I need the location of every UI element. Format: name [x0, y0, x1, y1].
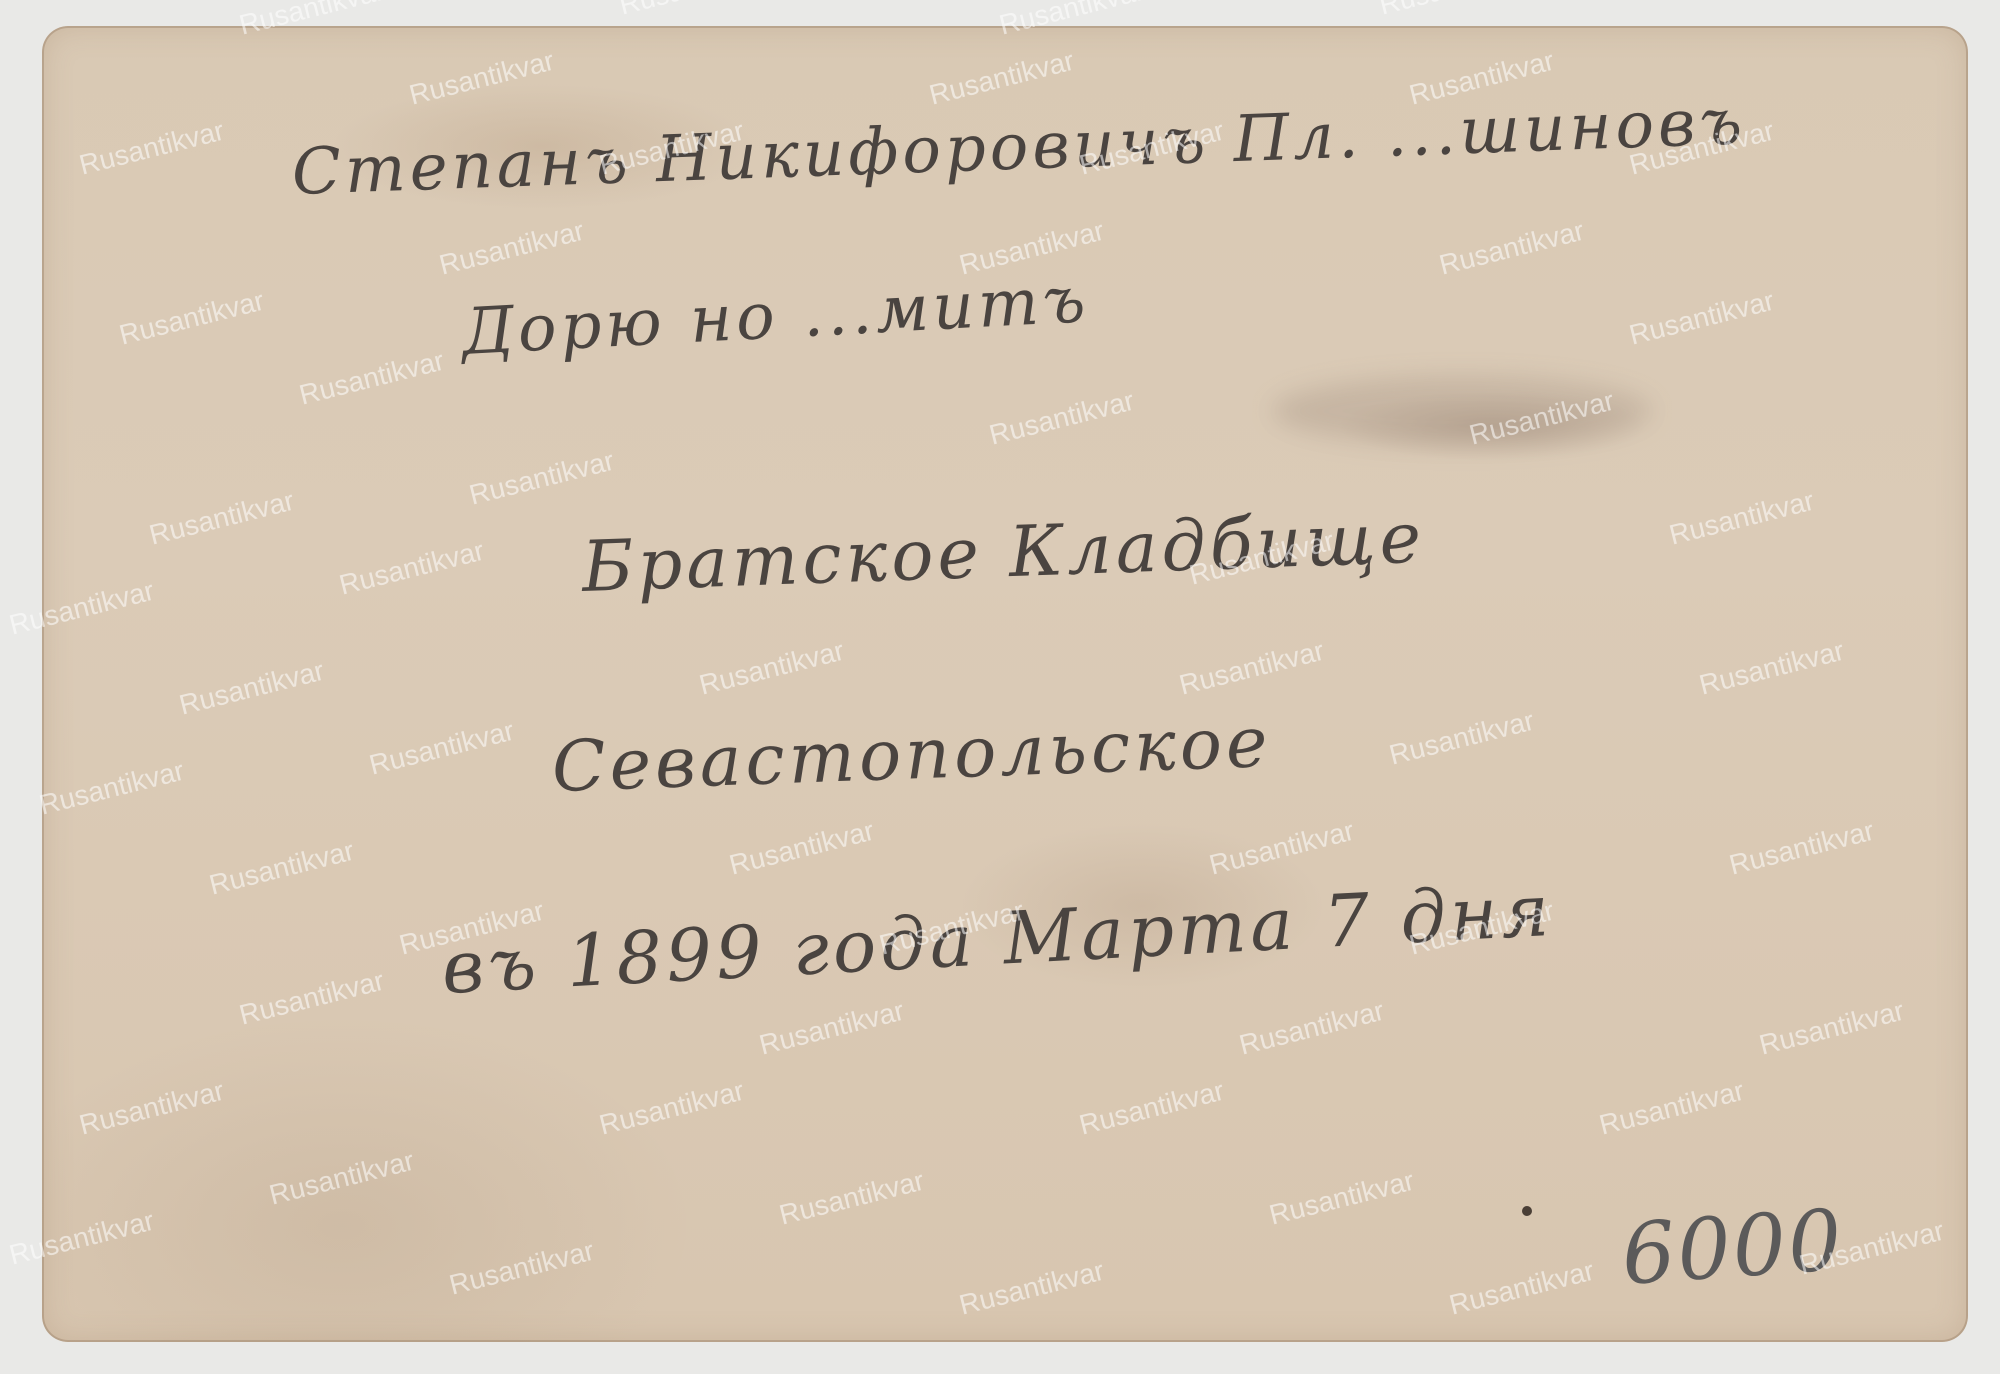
watermark: Rusantikvar [616, 0, 767, 22]
inscription-line-4: Севастопольское [551, 701, 1273, 808]
watermark: Rusantikvar [1376, 0, 1527, 22]
inscription-line-1: Степанъ Никифоровичъ Пл. ...шиновъ [291, 85, 1747, 210]
pencil-price: 6000 [1619, 1191, 1847, 1304]
stain [1272, 376, 1652, 446]
inscription-line-3: Братское Кладбище [581, 497, 1427, 608]
ink-spot [1522, 1206, 1532, 1216]
inscription-line-2: Дорю но ...митъ [460, 263, 1091, 370]
photo-card-back: Степанъ Никифоровичъ Пл. ...шиновъ Дорю … [42, 26, 1968, 1342]
inscription-line-5: въ 1899 года Марта 7 дня [440, 868, 1555, 1010]
